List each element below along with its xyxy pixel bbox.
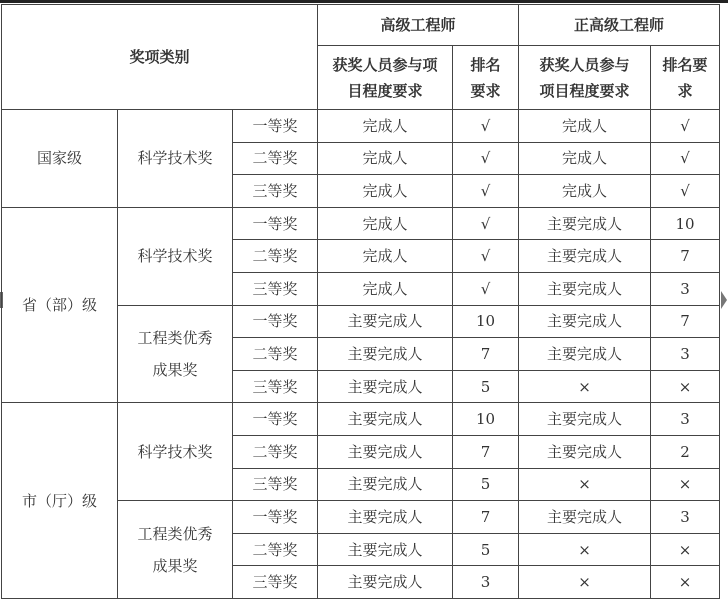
grade-cell: 三等奖: [233, 272, 318, 305]
senior-participation-cell: 主要完成人: [318, 501, 453, 534]
senior-rank-cell: √: [453, 175, 519, 208]
award-type-cell: 科学技术奖: [118, 403, 233, 501]
senior-participation-cell: 主要完成人: [318, 533, 453, 566]
grade-cell: 一等奖: [233, 403, 318, 436]
prof-rank-cell: √: [651, 110, 720, 143]
senior-rank-cell: √: [453, 272, 519, 305]
grade-cell: 二等奖: [233, 142, 318, 175]
header-prof-rank: 排名要 求: [651, 46, 720, 110]
level-cell: 省（部）级: [2, 207, 118, 403]
chevron-right-icon[interactable]: [721, 291, 727, 309]
senior-participation-cell: 主要完成人: [318, 435, 453, 468]
grade-cell: 二等奖: [233, 533, 318, 566]
senior-participation-cell: 主要完成人: [318, 370, 453, 403]
prof-rank-cell: 10: [651, 207, 720, 240]
grade-cell: 一等奖: [233, 110, 318, 143]
prof-rank-cell: ×: [651, 566, 720, 599]
grade-cell: 一等奖: [233, 207, 318, 240]
grade-cell: 二等奖: [233, 338, 318, 371]
prof-participation-cell: 完成人: [519, 175, 651, 208]
senior-participation-cell: 主要完成人: [318, 566, 453, 599]
prof-participation-cell: 主要完成人: [519, 272, 651, 305]
award-type-cell: 工程类优秀成果奖: [118, 305, 233, 403]
grade-cell: 二等奖: [233, 240, 318, 273]
award-type-line: 工程类优秀: [118, 322, 232, 354]
senior-participation-cell: 主要完成人: [318, 468, 453, 501]
header-senior-rank: 排名 要求: [453, 46, 519, 110]
prof-participation-cell: ×: [519, 468, 651, 501]
prof-rank-cell: √: [651, 142, 720, 175]
grade-cell: 三等奖: [233, 566, 318, 599]
grade-cell: 三等奖: [233, 370, 318, 403]
senior-participation-cell: 主要完成人: [318, 305, 453, 338]
senior-rank-cell: 5: [453, 468, 519, 501]
level-cell: 市（厅）级: [2, 403, 118, 599]
prof-participation-cell: 主要完成人: [519, 403, 651, 436]
senior-rank-cell: 7: [453, 501, 519, 534]
grade-cell: 一等奖: [233, 305, 318, 338]
prof-participation-cell: 完成人: [519, 110, 651, 143]
senior-rank-cell: √: [453, 240, 519, 273]
prof-rank-cell: 2: [651, 435, 720, 468]
senior-participation-cell: 完成人: [318, 240, 453, 273]
grade-cell: 三等奖: [233, 468, 318, 501]
award-requirements-table: 奖项类别 高级工程师 正高级工程师 获奖人员参与项 目程度要求 排名 要求 获奖…: [1, 4, 720, 599]
prof-rank-cell: ×: [651, 468, 720, 501]
senior-rank-cell: 5: [453, 370, 519, 403]
grade-cell: 二等奖: [233, 435, 318, 468]
prof-rank-cell: ×: [651, 370, 720, 403]
award-type-cell: 科学技术奖: [118, 110, 233, 208]
senior-rank-cell: 3: [453, 566, 519, 599]
award-type-line: 成果奖: [118, 550, 232, 582]
prof-participation-cell: 主要完成人: [519, 305, 651, 338]
senior-rank-cell: √: [453, 142, 519, 175]
prof-participation-cell: 主要完成人: [519, 240, 651, 273]
award-type-cell: 工程类优秀成果奖: [118, 501, 233, 599]
senior-rank-cell: √: [453, 110, 519, 143]
senior-rank-cell: 7: [453, 435, 519, 468]
senior-rank-cell: 10: [453, 305, 519, 338]
prof-participation-cell: 主要完成人: [519, 501, 651, 534]
prof-rank-cell: 3: [651, 403, 720, 436]
senior-rank-cell: √: [453, 207, 519, 240]
senior-participation-cell: 完成人: [318, 272, 453, 305]
prof-rank-cell: ×: [651, 533, 720, 566]
prof-rank-cell: √: [651, 175, 720, 208]
level-cell: 国家级: [2, 110, 118, 208]
prof-participation-cell: ×: [519, 370, 651, 403]
award-type-cell: 科学技术奖: [118, 207, 233, 305]
header-line: 排名: [453, 52, 518, 78]
prof-participation-cell: ×: [519, 533, 651, 566]
prof-rank-cell: 7: [651, 240, 720, 273]
senior-participation-cell: 完成人: [318, 207, 453, 240]
header-line: 排名要: [651, 52, 719, 78]
prof-participation-cell: 主要完成人: [519, 207, 651, 240]
header-line: 目程度要求: [318, 78, 452, 104]
award-type-line: 科学技术奖: [118, 436, 232, 468]
prof-participation-cell: 主要完成人: [519, 435, 651, 468]
senior-participation-cell: 完成人: [318, 142, 453, 175]
header-prof-participation: 获奖人员参与 项目程度要求: [519, 46, 651, 110]
header-line: 获奖人员参与: [519, 52, 650, 78]
senior-rank-cell: 7: [453, 338, 519, 371]
grade-cell: 一等奖: [233, 501, 318, 534]
award-type-line: 成果奖: [118, 354, 232, 386]
prof-rank-cell: 3: [651, 501, 720, 534]
header-line: 项目程度要求: [519, 78, 650, 104]
prof-participation-cell: 完成人: [519, 142, 651, 175]
prof-rank-cell: 3: [651, 338, 720, 371]
top-border: [0, 0, 728, 3]
table-row: 省（部）级科学技术奖一等奖完成人√主要完成人10: [2, 207, 720, 240]
award-type-line: 科学技术奖: [118, 142, 232, 174]
senior-rank-cell: 10: [453, 403, 519, 436]
table-row: 国家级科学技术奖一等奖完成人√完成人√: [2, 110, 720, 143]
senior-participation-cell: 主要完成人: [318, 338, 453, 371]
senior-participation-cell: 完成人: [318, 175, 453, 208]
header-line: 要求: [453, 78, 518, 104]
header-senior-participation: 获奖人员参与项 目程度要求: [318, 46, 453, 110]
prof-participation-cell: ×: [519, 566, 651, 599]
header-professor-engineer: 正高级工程师: [519, 5, 720, 46]
header-category: 奖项类别: [2, 5, 318, 110]
prof-participation-cell: 主要完成人: [519, 338, 651, 371]
senior-participation-cell: 主要完成人: [318, 403, 453, 436]
award-type-line: 科学技术奖: [118, 240, 232, 272]
header-line: 求: [651, 78, 719, 104]
header-line: 获奖人员参与项: [318, 52, 452, 78]
senior-rank-cell: 5: [453, 533, 519, 566]
grade-cell: 三等奖: [233, 175, 318, 208]
prof-rank-cell: 3: [651, 272, 720, 305]
prof-rank-cell: 7: [651, 305, 720, 338]
award-type-line: 工程类优秀: [118, 518, 232, 550]
header-senior-engineer: 高级工程师: [318, 5, 519, 46]
table-row: 市（厅）级科学技术奖一等奖主要完成人10主要完成人3: [2, 403, 720, 436]
senior-participation-cell: 完成人: [318, 110, 453, 143]
